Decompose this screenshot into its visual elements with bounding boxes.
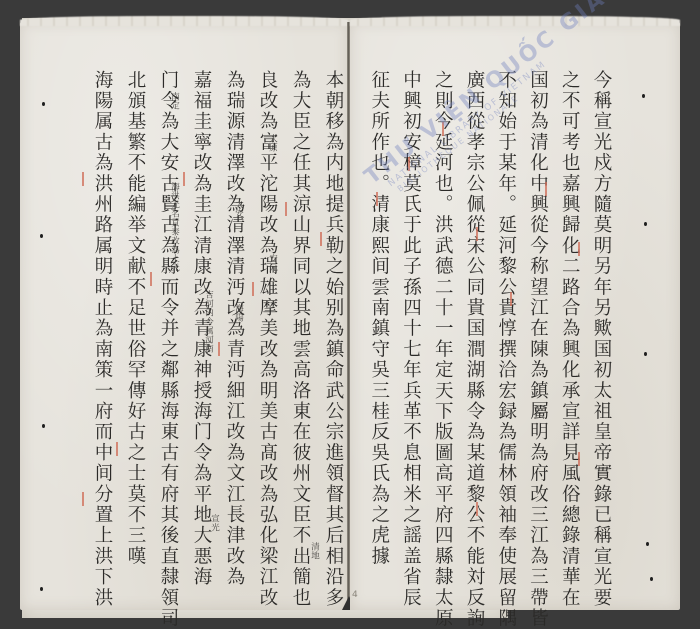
red-punctuation-mark [545,182,547,196]
marginal-annotation: 太原 [268,134,277,152]
red-punctuation-mark [285,202,287,216]
text-column: 之不可考也嘉興歸化二路合為興化承宣詳見風俗總錄清華在 [547,70,579,580]
marginal-annotation: 宣光 [210,514,219,532]
text-column: 為大臣之任其涼山界同以其地雲高洛東在彼州文臣不出簡也 [276,70,309,580]
text-column: 北頒基繁不能編举文献不足世俗罕傳好古之士莫不三嘆 [111,70,144,580]
left-page-columns: 本朝移為内地提兵勒之始别為鎮命武公宗進領督其后相沿多 為大臣之任其涼山界同以其地… [60,70,342,580]
marginal-annotation: 南定 [170,92,179,110]
text-column: 国初為清化中興從今称望江在陳為鎮屬明為府改三江為三帶皆 [515,70,547,580]
text-column: 為瑞源清澤改為清澤清沔改為青沔細江改為文江長津改為 [210,70,243,580]
red-punctuation-mark [476,227,478,241]
red-punctuation-mark [150,272,152,286]
red-punctuation-mark [578,452,580,466]
red-punctuation-mark [376,192,378,206]
red-punctuation-mark [218,342,220,356]
text-column: 征夫所作也。清康熙间雲南鎮守吳三桂反吳氏為之虎據 [356,70,388,580]
red-punctuation-mark [442,122,444,136]
page-number: 4 [352,590,358,600]
red-punctuation-mark [82,492,84,506]
red-punctuation-mark [408,157,410,171]
text-column: 中興初安樟莫氏于此子孫四十七年兵革不息相米之謡盖省辰 [388,70,420,580]
red-punctuation-mark [320,232,322,246]
red-punctuation-mark [252,282,254,296]
left-page: 本朝移為内地提兵勒之始别為鎮命武公宗進領督其后相沿多 為大臣之任其涼山界同以其地… [20,22,348,610]
text-column: 不知始于某年。延河黎公貴惇撰洽宏録為儒林領袖奉使展留隅 [483,70,515,580]
marginal-annotation: 海洪元名貢泰改為上元 [170,182,179,272]
right-page-columns: 今稱宣光戍方隨莫明另年另歟国初太祖皇帝實錄已稱宣光要 之不可考也嘉興歸化二路合為… [356,70,610,580]
text-column: 之則今延河也。洪武德二十一年定天下版圖高平府四縣隸太原道 [420,70,452,580]
red-punctuation-mark [476,502,478,516]
red-punctuation-mark [116,442,118,456]
marginal-annotation: 安元 [268,254,277,272]
right-page: 今稱宣光戍方隨莫明另年另歟国初太祖皇帝實錄已稱宣光要 之不可考也嘉興歸化二路合為… [350,22,680,610]
marginal-annotation: 大安 [234,200,243,218]
marginal-annotation: 清地 [310,542,319,560]
text-column: 本朝移為内地提兵勒之始别為鎮命武公宗進領督其后相沿多 [309,70,342,580]
text-column: 今稱宣光戍方隨莫明另年另歟国初太祖皇帝實錄已稱宣光要 [578,70,610,580]
red-punctuation-mark [510,292,512,306]
red-punctuation-mark [578,242,580,256]
marginal-annotation: 吉河内今属河南 [204,290,213,353]
text-column: 廣西從孝宗公佩從宋公同貴国澗湖縣令為某道黎公不能対反詢 [451,70,483,580]
red-punctuation-mark [183,172,185,186]
red-punctuation-mark [82,172,84,186]
marginal-annotation: 海陽 [234,304,243,322]
text-column: 门令為大安古賢古為縣而令并之鄰縣海東古有府其後直隸領司 [144,70,177,580]
